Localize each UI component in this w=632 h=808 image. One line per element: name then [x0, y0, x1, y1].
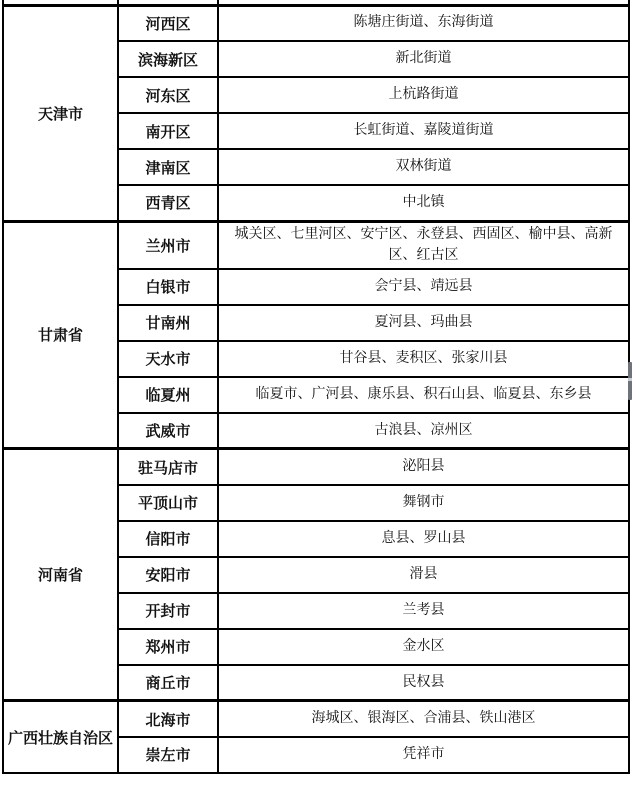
- areas-cell: 海城区、银海区、合浦县、铁山港区: [218, 701, 629, 737]
- areas-cell: 民权县: [218, 665, 629, 701]
- areas-cell: 凭祥市: [218, 737, 629, 773]
- city-cell: 滨海新区: [118, 41, 218, 77]
- province-cell: 天津市: [3, 5, 118, 221]
- city-cell: 商丘市: [118, 665, 218, 701]
- city-cell: 平顶山市: [118, 485, 218, 521]
- areas-cell: 兰考县: [218, 593, 629, 629]
- city-cell: 河西区: [118, 5, 218, 41]
- city-cell: 驻马店市: [118, 449, 218, 485]
- areas-cell: 城关区、七里河区、安宁区、永登县、西固区、榆中县、高新区、红古区: [218, 221, 629, 269]
- areas-cell: 息县、罗山县: [218, 521, 629, 557]
- city-cell: 西青区: [118, 185, 218, 221]
- table-row: 天津市 河西区 陈塘庄街道、东海街道: [3, 5, 629, 41]
- city-cell: 津南区: [118, 149, 218, 185]
- areas-cell: 陈塘庄街道、东海街道: [218, 5, 629, 41]
- province-cell: 河南省: [3, 449, 118, 701]
- areas-cell: 古浪县、凉州区: [218, 413, 629, 449]
- vertical-scrollbar-thumb[interactable]: [628, 362, 632, 400]
- city-cell: 崇左市: [118, 737, 218, 773]
- table-row: 广西壮族自治区 北海市 海城区、银海区、合浦县、铁山港区: [3, 701, 629, 737]
- areas-cell: 长虹街道、嘉陵道街道: [218, 113, 629, 149]
- table-row: 河南省 驻马店市 泌阳县: [3, 449, 629, 485]
- city-cell: 武威市: [118, 413, 218, 449]
- areas-cell: 中北镇: [218, 185, 629, 221]
- areas-cell: 新北街道: [218, 41, 629, 77]
- areas-cell: 舞钢市: [218, 485, 629, 521]
- province-cell: 甘肃省: [3, 221, 118, 449]
- city-cell: 开封市: [118, 593, 218, 629]
- city-cell: 白银市: [118, 269, 218, 305]
- areas-cell: 上杭路街道: [218, 77, 629, 113]
- city-cell: 兰州市: [118, 221, 218, 269]
- city-cell: 南开区: [118, 113, 218, 149]
- areas-cell: 临夏市、广河县、康乐县、积石山县、临夏县、东乡县: [218, 377, 629, 413]
- areas-cell: 滑县: [218, 557, 629, 593]
- areas-cell: 泌阳县: [218, 449, 629, 485]
- areas-cell: 金水区: [218, 629, 629, 665]
- document-page: 天津市 河西区 陈塘庄街道、东海街道 滨海新区 新北街道 河东区 上杭路街道 南…: [0, 0, 632, 808]
- city-cell: 河东区: [118, 77, 218, 113]
- city-cell: 安阳市: [118, 557, 218, 593]
- city-cell: 郑州市: [118, 629, 218, 665]
- city-cell: 甘南州: [118, 305, 218, 341]
- city-cell: 天水市: [118, 341, 218, 377]
- areas-cell: 甘谷县、麦积区、张家川县: [218, 341, 629, 377]
- city-cell: 临夏州: [118, 377, 218, 413]
- city-cell: 信阳市: [118, 521, 218, 557]
- areas-cell: 会宁县、靖远县: [218, 269, 629, 305]
- city-cell: 北海市: [118, 701, 218, 737]
- province-cell: 广西壮族自治区: [3, 701, 118, 773]
- region-table: 天津市 河西区 陈塘庄街道、东海街道 滨海新区 新北街道 河东区 上杭路街道 南…: [2, 0, 630, 774]
- areas-cell: 双林街道: [218, 149, 629, 185]
- areas-cell: 夏河县、玛曲县: [218, 305, 629, 341]
- table-row: 甘肃省 兰州市 城关区、七里河区、安宁区、永登县、西固区、榆中县、高新区、红古区: [3, 221, 629, 269]
